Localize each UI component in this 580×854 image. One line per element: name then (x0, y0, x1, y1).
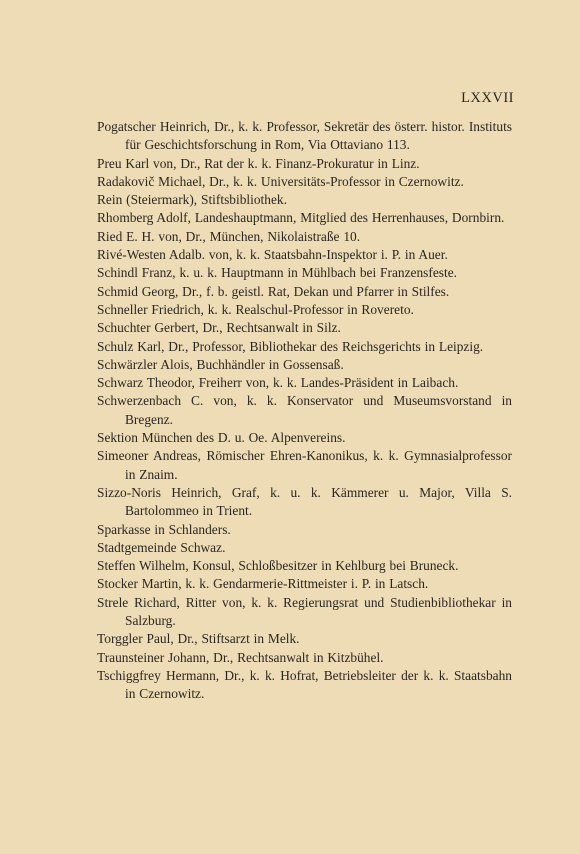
list-entry: Torggler Paul, Dr., Stiftsarzt in Melk. (97, 630, 512, 648)
list-entry: Rhomberg Adolf, Landeshauptmann, Mitglie… (97, 209, 512, 227)
list-entry: Schwärzler Alois, Buchhändler in Gossens… (97, 356, 512, 374)
list-entry: Schuchter Gerbert, Dr., Rechtsanwalt in … (97, 319, 512, 337)
list-entry: Simeoner Andreas, Römischer Ehren-Kanoni… (97, 447, 512, 484)
list-entry: Schmid Georg, Dr., f. b. geistl. Rat, De… (97, 283, 512, 301)
member-list: Pogatscher Heinrich, Dr., k. k. Professo… (97, 118, 512, 704)
list-entry: Sparkasse in Schlanders. (97, 521, 512, 539)
list-entry: Stadtgemeinde Schwaz. (97, 539, 512, 557)
list-entry: Sektion München des D. u. Oe. Alpenverei… (97, 429, 512, 447)
list-entry: Rein (Steiermark), Stiftsbibliothek. (97, 191, 512, 209)
list-entry: Stocker Martin, k. k. Gendarmerie-Rittme… (97, 575, 512, 593)
list-entry: Ried E. H. von, Dr., München, Nikolaistr… (97, 228, 512, 246)
list-entry: Strele Richard, Ritter von, k. k. Regier… (97, 594, 512, 631)
list-entry: Sizzo-Noris Heinrich, Graf, k. u. k. Käm… (97, 484, 512, 521)
page-number: LXXVII (461, 90, 514, 107)
list-entry: Traunsteiner Johann, Dr., Rechtsanwalt i… (97, 649, 512, 667)
list-entry: Schindl Franz, k. u. k. Hauptmann in Müh… (97, 264, 512, 282)
list-entry: Rivé-Westen Adalb. von, k. k. Staatsbahn… (97, 246, 512, 264)
list-entry: Tschiggfrey Hermann, Dr., k. k. Hofrat, … (97, 667, 512, 704)
list-entry: Schwarz Theodor, Freiherr von, k. k. Lan… (97, 374, 512, 392)
list-entry: Steffen Wilhelm, Konsul, Schloßbesitzer … (97, 557, 512, 575)
document-page: LXXVII Pogatscher Heinrich, Dr., k. k. P… (0, 0, 580, 854)
list-entry: Pogatscher Heinrich, Dr., k. k. Professo… (97, 118, 512, 155)
list-entry: Schulz Karl, Dr., Professor, Bibliotheka… (97, 338, 512, 356)
list-entry: Radakovič Michael, Dr., k. k. Universitä… (97, 173, 512, 191)
list-entry: Schneller Friedrich, k. k. Realschul-Pro… (97, 301, 512, 319)
list-entry: Schwerzenbach C. von, k. k. Konservator … (97, 392, 512, 429)
list-entry: Preu Karl von, Dr., Rat der k. k. Finanz… (97, 155, 512, 173)
